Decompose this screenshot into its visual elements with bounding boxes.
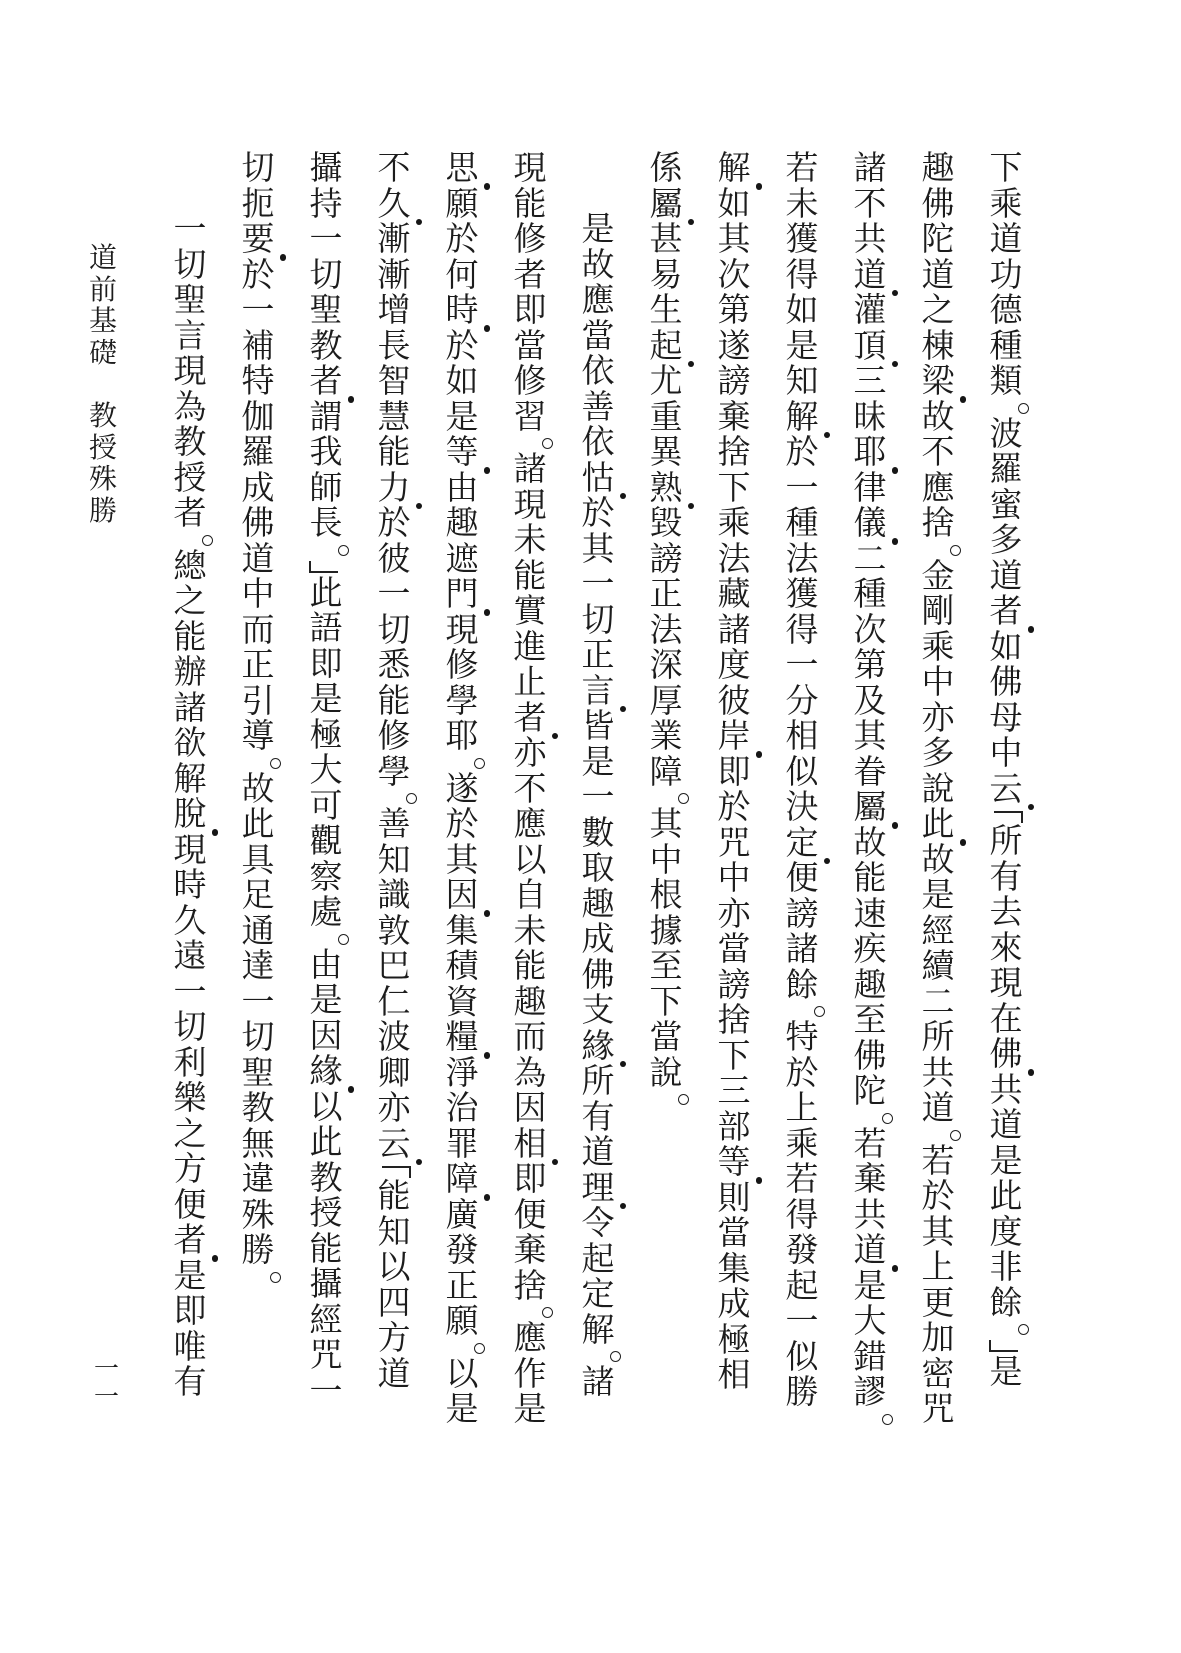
char: 處 xyxy=(303,896,349,932)
char: 頂 xyxy=(847,330,893,366)
char: 剛 xyxy=(915,595,961,631)
char: 佛 xyxy=(235,507,281,543)
char: 儀 xyxy=(847,507,893,543)
char: 謂 xyxy=(303,401,349,437)
char: 取 xyxy=(575,852,621,888)
char: 云 xyxy=(983,773,1029,809)
char: 久 xyxy=(167,905,213,941)
char: 似 xyxy=(779,1341,825,1377)
char: 切 xyxy=(167,1011,213,1047)
char: 乘 xyxy=(711,507,757,543)
period-circle-mark xyxy=(779,1004,825,1021)
char: 而 xyxy=(507,1021,553,1057)
char: 諸 xyxy=(507,453,553,489)
char: 應 xyxy=(575,284,621,320)
char: 正 xyxy=(575,639,621,675)
char: 攝 xyxy=(303,152,349,188)
char: 定 xyxy=(575,1278,621,1314)
char: 母 xyxy=(983,702,1029,738)
char: 多 xyxy=(915,737,961,773)
char: 中 xyxy=(915,666,961,702)
char: 聖 xyxy=(167,284,213,320)
char: 岸 xyxy=(711,720,757,756)
close-quote-bracket xyxy=(983,1339,1029,1356)
text-column: 思願於何時於如是等由趣遮門現修學耶遂於其因集積資糧淨治罪障廣發正願以是 xyxy=(428,152,496,1429)
char: 時 xyxy=(167,869,213,905)
char: 解 xyxy=(779,401,825,437)
char: 其 xyxy=(643,808,689,844)
char: 佛 xyxy=(915,188,961,224)
char: 三 xyxy=(711,1075,757,1111)
char: 經 xyxy=(915,915,961,951)
char: 即 xyxy=(711,756,757,792)
char: 下 xyxy=(711,472,757,508)
char: 因 xyxy=(303,1020,349,1056)
margin-section-label: 道前基礎 教授殊勝 xyxy=(87,243,119,527)
period-circle-mark xyxy=(303,543,349,560)
char: 正 xyxy=(439,1270,485,1306)
char: 可 xyxy=(303,790,349,826)
char: 長 xyxy=(371,330,417,366)
char: 上 xyxy=(915,1251,961,1287)
char: 要 xyxy=(235,223,281,259)
char: 敦 xyxy=(371,915,417,951)
char: 方 xyxy=(371,1322,417,1358)
close-quote-bracket xyxy=(303,560,349,577)
char: 自 xyxy=(507,879,553,915)
char: 能 xyxy=(847,862,893,898)
text-column: 一切聖言現為教授者總之能辦諸欲解脫現時久遠一切利樂之方便者是即唯有 xyxy=(156,152,224,1429)
char: 謬 xyxy=(847,1376,893,1412)
char: 切 xyxy=(235,1021,281,1057)
char: 餘 xyxy=(983,1287,1029,1323)
char: 無 xyxy=(235,1128,281,1164)
char: 應 xyxy=(915,472,961,508)
char: 障 xyxy=(439,1163,485,1199)
char: 於 xyxy=(711,791,757,827)
char: 故 xyxy=(847,827,893,863)
char: 所 xyxy=(983,825,1029,861)
char: 知 xyxy=(371,844,417,880)
char: 上 xyxy=(779,1092,825,1128)
char: 大 xyxy=(303,754,349,790)
char: 是 xyxy=(779,330,825,366)
char: 乘 xyxy=(779,1128,825,1164)
char: 不 xyxy=(915,436,961,472)
char: 陀 xyxy=(915,223,961,259)
char: 捨 xyxy=(711,1004,757,1040)
char: 種 xyxy=(983,330,1029,366)
char: 攝 xyxy=(303,1268,349,1304)
char: 捨 xyxy=(507,1270,553,1306)
char: 特 xyxy=(235,365,281,401)
char: 去 xyxy=(983,896,1029,932)
char: 思 xyxy=(439,152,485,188)
char: 如 xyxy=(983,631,1029,667)
char: 其 xyxy=(847,720,893,756)
char: 道 xyxy=(575,1136,621,1172)
text-column: 解如其次第遂謗棄捨下乘法藏諸度彼岸即於咒中亦當謗捨下三部等則當集成極相 xyxy=(700,152,768,1429)
char: 異 xyxy=(643,436,689,472)
char: 捨 xyxy=(711,436,757,472)
char: 彼 xyxy=(371,543,417,579)
char: 支 xyxy=(575,994,621,1030)
char: 趣 xyxy=(575,888,621,924)
char: 故 xyxy=(235,773,281,809)
char: 乘 xyxy=(983,188,1029,224)
char: 障 xyxy=(643,756,689,792)
period-circle-mark xyxy=(167,533,213,550)
char: 發 xyxy=(439,1234,485,1270)
char: 獲 xyxy=(779,223,825,259)
char: 樂 xyxy=(167,1082,213,1118)
char: 即 xyxy=(507,1163,553,1199)
char: 道 xyxy=(235,543,281,579)
char: 因 xyxy=(507,1092,553,1128)
char: 至 xyxy=(643,950,689,986)
char: 切 xyxy=(235,152,281,188)
char: 佛 xyxy=(847,1040,893,1076)
char: 修 xyxy=(507,365,553,401)
open-quote-bracket xyxy=(983,808,1029,825)
char: 善 xyxy=(575,391,621,427)
char: 梁 xyxy=(915,365,961,401)
char: 此 xyxy=(915,808,961,844)
char: 現 xyxy=(167,834,213,870)
char: 一 xyxy=(779,472,825,508)
char: 是 xyxy=(303,683,349,719)
char: 於 xyxy=(235,259,281,295)
char: 謗 xyxy=(711,365,757,401)
char: 緣 xyxy=(575,1030,621,1066)
char: 現 xyxy=(507,152,553,188)
char: 道 xyxy=(915,1092,961,1128)
char: 現 xyxy=(507,489,553,525)
char: 一 xyxy=(779,1305,825,1341)
char: 能 xyxy=(507,560,553,596)
char: 成 xyxy=(235,472,281,508)
char: 解 xyxy=(167,763,213,799)
char: 以 xyxy=(303,1091,349,1127)
char: 總 xyxy=(167,550,213,586)
char: 次 xyxy=(847,614,893,650)
period-circle-mark xyxy=(303,932,349,949)
char: 似 xyxy=(779,756,825,792)
char: 來 xyxy=(983,932,1029,968)
page-number: 一一 xyxy=(93,1356,120,1412)
char: 波 xyxy=(371,1021,417,1057)
char: 重 xyxy=(643,401,689,437)
char: 當 xyxy=(575,320,621,356)
char: 耶 xyxy=(847,436,893,472)
char: 便 xyxy=(779,862,825,898)
char: 中 xyxy=(235,578,281,614)
char: 便 xyxy=(507,1199,553,1235)
char: 若 xyxy=(847,1128,893,1164)
char: 實 xyxy=(507,595,553,631)
char: 即 xyxy=(167,1295,213,1331)
char: 道 xyxy=(847,259,893,295)
char: 增 xyxy=(371,294,417,330)
char: 捨 xyxy=(915,507,961,543)
char: 起 xyxy=(575,1243,621,1279)
char: 律 xyxy=(847,472,893,508)
char: 切 xyxy=(167,249,213,285)
char: 及 xyxy=(847,685,893,721)
char: 趣 xyxy=(507,986,553,1022)
char: 四 xyxy=(371,1287,417,1323)
char: 有 xyxy=(983,861,1029,897)
char: 二 xyxy=(915,986,961,1022)
char: 故 xyxy=(915,401,961,437)
text-column: 係屬甚易生起尤重異熟毀謗正法深厚業障其中根據至下當說 xyxy=(632,152,700,1429)
char: 三 xyxy=(847,365,893,401)
char: 解 xyxy=(711,152,757,188)
char: 其 xyxy=(915,1216,961,1252)
char: 度 xyxy=(711,649,757,685)
char: 我 xyxy=(303,436,349,472)
char: 彼 xyxy=(711,685,757,721)
char: 一 xyxy=(235,294,281,330)
char: 由 xyxy=(439,472,485,508)
char: 藏 xyxy=(711,578,757,614)
char: 共 xyxy=(847,223,893,259)
char: 羅 xyxy=(235,436,281,472)
char: 有 xyxy=(575,1101,621,1137)
char: 能 xyxy=(303,1233,349,1269)
char: 第 xyxy=(711,294,757,330)
char: 棄 xyxy=(711,401,757,437)
margin-label-section: 道前基礎 xyxy=(87,243,119,369)
char: 應 xyxy=(507,1322,553,1358)
char: 當 xyxy=(711,933,757,969)
char: 修 xyxy=(439,649,485,685)
char: 是 xyxy=(847,1270,893,1306)
char: 是 xyxy=(575,746,621,782)
char: 類 xyxy=(983,365,1029,401)
char: 一 xyxy=(167,213,213,249)
char: 未 xyxy=(507,524,553,560)
char: 部 xyxy=(711,1111,757,1147)
text-column: 攝持一切聖教者謂我師長此語即是極大可觀察處由是因緣以此教授能攝經咒一 xyxy=(292,152,360,1429)
char: 勝 xyxy=(779,1376,825,1412)
char: 說 xyxy=(643,1057,689,1093)
char: 非 xyxy=(983,1251,1029,1287)
char: 願 xyxy=(439,188,485,224)
char: 切 xyxy=(575,604,621,640)
char: 決 xyxy=(779,791,825,827)
char: 未 xyxy=(779,188,825,224)
char: 中 xyxy=(711,862,757,898)
char: 違 xyxy=(235,1163,281,1199)
period-circle-mark xyxy=(371,791,417,808)
char: 語 xyxy=(303,612,349,648)
char: 扼 xyxy=(235,188,281,224)
char: 脫 xyxy=(167,798,213,834)
char: 殊 xyxy=(235,1199,281,1235)
char: 教 xyxy=(167,426,213,462)
char: 亦 xyxy=(915,702,961,738)
char: 應 xyxy=(507,808,553,844)
char: 若 xyxy=(779,152,825,188)
char: 陀 xyxy=(847,1075,893,1111)
char: 在 xyxy=(983,1003,1029,1039)
char: 能 xyxy=(371,436,417,472)
char: 者 xyxy=(507,259,553,295)
char: 者 xyxy=(303,365,349,401)
char: 止 xyxy=(507,666,553,702)
char: 正 xyxy=(235,649,281,685)
char: 一 xyxy=(575,781,621,817)
char: 咒 xyxy=(915,1393,961,1429)
char: 若 xyxy=(915,1145,961,1181)
char: 道 xyxy=(847,1234,893,1270)
char: 積 xyxy=(439,950,485,986)
char: 成 xyxy=(711,1288,757,1324)
char: 獲 xyxy=(779,578,825,614)
char: 即 xyxy=(303,648,349,684)
char: 能 xyxy=(371,1180,417,1216)
char: 於 xyxy=(439,808,485,844)
char: 厚 xyxy=(643,685,689,721)
char: 知 xyxy=(371,1216,417,1252)
char: 種 xyxy=(847,578,893,614)
char: 共 xyxy=(983,1074,1029,1110)
char: 趣 xyxy=(847,969,893,1005)
char: 起 xyxy=(779,1270,825,1306)
char: 方 xyxy=(167,1153,213,1189)
char: 是 xyxy=(915,879,961,915)
char: 一 xyxy=(167,976,213,1012)
char: 漸 xyxy=(371,259,417,295)
char: 亦 xyxy=(711,898,757,934)
char: 具 xyxy=(235,844,281,880)
char: 修 xyxy=(371,720,417,756)
char: 棄 xyxy=(507,1234,553,1270)
char: 者 xyxy=(167,1224,213,1260)
char: 至 xyxy=(847,1004,893,1040)
char: 加 xyxy=(915,1322,961,1358)
char: 於 xyxy=(439,330,485,366)
char: 作 xyxy=(507,1358,553,1394)
char: 仁 xyxy=(371,986,417,1022)
char: 勝 xyxy=(235,1234,281,1270)
char: 以 xyxy=(371,1251,417,1287)
char: 道 xyxy=(983,223,1029,259)
char: 言 xyxy=(167,320,213,356)
char: 能 xyxy=(371,685,417,721)
char: 波 xyxy=(983,418,1029,454)
char: 之 xyxy=(167,1118,213,1154)
char: 以 xyxy=(507,844,553,880)
char: 能 xyxy=(167,621,213,657)
char: 導 xyxy=(235,720,281,756)
char: 二 xyxy=(847,543,893,579)
char: 起 xyxy=(643,330,689,366)
char: 巴 xyxy=(371,950,417,986)
char: 共 xyxy=(847,1199,893,1235)
char: 以 xyxy=(439,1358,485,1394)
char: 所 xyxy=(915,1021,961,1057)
char: 一 xyxy=(303,1375,349,1411)
char: 諸 xyxy=(711,614,757,650)
char: 分 xyxy=(779,685,825,721)
char: 卿 xyxy=(371,1057,417,1093)
char: 當 xyxy=(643,1021,689,1057)
char: 道 xyxy=(983,560,1029,596)
char: 者 xyxy=(983,595,1029,631)
char: 咒 xyxy=(303,1339,349,1375)
char: 者 xyxy=(167,497,213,533)
char: 蜜 xyxy=(983,489,1029,525)
char: 功 xyxy=(983,259,1029,295)
char: 棟 xyxy=(915,330,961,366)
char: 云 xyxy=(371,1128,417,1164)
char: 法 xyxy=(711,543,757,579)
char: 得 xyxy=(779,614,825,650)
char: 由 xyxy=(303,949,349,985)
char: 次 xyxy=(711,259,757,295)
char: 此 xyxy=(303,577,349,613)
char: 深 xyxy=(643,649,689,685)
char: 生 xyxy=(643,294,689,330)
char: 甚 xyxy=(643,223,689,259)
char: 足 xyxy=(235,879,281,915)
char: 教 xyxy=(303,1162,349,1198)
char: 不 xyxy=(847,188,893,224)
period-circle-mark xyxy=(439,1341,485,1358)
char: 等 xyxy=(439,436,485,472)
period-circle-mark xyxy=(915,1128,961,1145)
char: 中 xyxy=(643,844,689,880)
char: 下 xyxy=(643,986,689,1022)
char: 更 xyxy=(915,1287,961,1323)
char: 諸 xyxy=(575,1366,621,1402)
char: 理 xyxy=(575,1172,621,1208)
char: 能 xyxy=(507,188,553,224)
char: 德 xyxy=(983,294,1029,330)
char: 趣 xyxy=(439,507,485,543)
char: 下 xyxy=(983,152,1029,188)
char: 佛 xyxy=(575,959,621,995)
char: 之 xyxy=(167,585,213,621)
char: 發 xyxy=(779,1234,825,1270)
char: 授 xyxy=(303,1197,349,1233)
char: 聖 xyxy=(303,294,349,330)
char: 屬 xyxy=(847,791,893,827)
char: 學 xyxy=(371,756,417,792)
char: 唯 xyxy=(167,1331,213,1367)
char: 為 xyxy=(167,391,213,427)
char: 於 xyxy=(371,507,417,543)
period-circle-mark xyxy=(439,756,485,773)
char: 觀 xyxy=(303,825,349,861)
char: 長 xyxy=(303,507,349,543)
char: 皆 xyxy=(575,710,621,746)
char: 一 xyxy=(235,986,281,1022)
char: 者 xyxy=(507,702,553,738)
char: 數 xyxy=(575,817,621,853)
char: 遠 xyxy=(167,940,213,976)
char: 當 xyxy=(507,330,553,366)
char: 於 xyxy=(915,1180,961,1216)
char: 羅 xyxy=(983,453,1029,489)
char: 集 xyxy=(439,915,485,951)
char: 是 xyxy=(575,213,621,249)
text-column: 趣佛陀道之棟梁故不應捨金剛乘中亦多說此故是經續二所共道若於其上更加密咒 xyxy=(904,152,972,1429)
text-column: 諸不共道灌頂三昧耶律儀二種次第及其眷屬故能速疾趣至佛陀若棄共道是大錯謬 xyxy=(836,152,904,1429)
char: 通 xyxy=(235,915,281,951)
